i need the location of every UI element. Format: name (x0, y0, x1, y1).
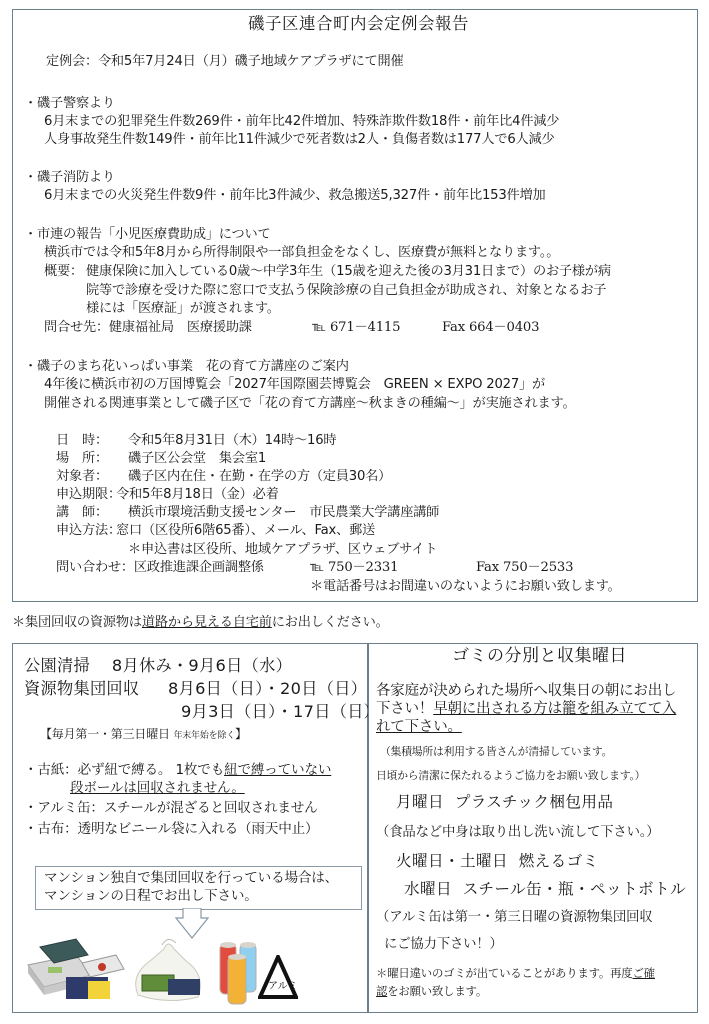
garbage-intro-2: 下さい！早朝に出される方は籠を組み立てて入 (376, 700, 676, 718)
medical-line-1: 横浜市では令和5年8月から所得制限や一部負担金をなくし、医療費が無料となります。… (44, 245, 559, 261)
detail-label-lecturer: 講 師： (56, 505, 108, 521)
schedule-monday-day: 月曜日 (396, 793, 444, 811)
inquiry-tel: ℡ 750－2331 (310, 560, 398, 576)
warning-underlined-1: ご確 (632, 966, 654, 980)
detail-value-deadline: 令和5年8月18日（金）必着 (116, 487, 279, 503)
rule-paper-underlined-1: 紐で縛っていない (224, 762, 331, 778)
detail-value-target: 磯子区内在住・在勤・在学の方（定員30名） (128, 469, 391, 485)
old-newspaper-bundle-icon (26, 935, 126, 1003)
garbage-intro-3: れて下さい。 (376, 718, 462, 736)
schedule-wednesday: 水曜日 スチール缶・瓶・ペットボトル (404, 879, 686, 899)
detail-label-datetime: 日 時： (56, 433, 108, 449)
schedule-note-close: 】 (235, 727, 247, 741)
inquiry-label: 問い合わせ：区政推進課企画調整係 (56, 560, 264, 576)
schedule-tue-sat: 火曜日・土曜日 燃えるゴミ (396, 851, 599, 871)
medical-heading: ・市連の報告「小児医療費助成」について (24, 227, 271, 243)
detail-label-deadline: 申込期限： (56, 487, 121, 503)
garbage-intro-2-prefix: 下さい！ (376, 701, 433, 717)
collection-notice: ＊集団回収の資源物は道路から見える自宅前にお出しください。 (12, 615, 389, 631)
notice-prefix: ＊集団回収の資源物は (12, 615, 142, 630)
aluminum-note-2: にご協力下さい！） (384, 937, 503, 953)
rule-cloth: ・古布：透明なビニール袋に入れる（雨天中止） (24, 821, 318, 837)
inquiry-fax: Fax 750－2533 (476, 560, 573, 576)
rule-aluminum: ・アルミ缶：スチールが混ざると回収されません (24, 800, 318, 816)
medical-overview-1: 健康保険に加入している0歳～中学3年生（15歳を迎えた後の3月31日まで）のお子… (86, 264, 611, 280)
rule-paper: ・古紙：必ず紐で縛る。 1枚でも紐で縛っていない (24, 762, 331, 778)
fire-heading: ・磯子消防より (24, 170, 115, 186)
warning-suffix: をお願い致します。 (387, 984, 487, 998)
schedule-note-main: 【毎月第一・第三日曜日 (40, 727, 170, 741)
garbage-intro-1: 各家庭が決められた場所へ収集日の朝にお出し (376, 682, 676, 700)
fire-line-1: 6月末までの火災発生件数9件・前年比3件減少、救急搬送5,327件・前年比153… (44, 188, 546, 204)
flower-line-1: 4年後に横浜市初の万国博覧会「2027年国際園芸博覧会 GREEN × EXPO… (44, 377, 545, 393)
detail-value-lecturer: 横浜市環境活動支援センター 市民農業大学講座講師 (128, 505, 439, 521)
rule-paper-prefix: ・古紙：必ず紐で縛る。 1枚でも (24, 762, 224, 778)
plastic-note: （食品など中身は取り出し洗い流して下さい。） (376, 825, 660, 841)
garbage-title: ゴミの分別と収集曜日 (452, 648, 627, 664)
flower-heading: ・磯子のまち花いっぱい事業 花の育て方講座のご案内 (24, 359, 349, 375)
medical-overview-label: 概要： (44, 264, 83, 280)
detail-value-method: 窓口（区役所6階65番）、メール、Fax、郵送 (116, 523, 375, 539)
aluminum-recycle-mark-icon: アルミ (258, 955, 298, 1001)
schedule-monday: 月曜日 プラスチック梱包用品 (396, 792, 613, 812)
phone-note: ＊電話番号はお間違いのないようにお願い致します。 (310, 579, 621, 595)
rule-paper-underlined-2: 段ボールは回収されません。 (70, 780, 245, 796)
schedule-monday-item: プラスチック梱包用品 (455, 793, 614, 811)
svg-text:アルミ: アルミ (268, 981, 298, 992)
police-line-2: 人身事故発生件数149件・前年比11件減少で死者数は2人・負傷者数は177人で6… (44, 132, 555, 148)
garbage-intro-2-underlined: 早朝に出される方は籠を組み立てて入 (433, 701, 676, 717)
detail-value-place: 磯子区公会堂 集会室1 (128, 451, 266, 467)
form-note: ＊申込書は区役所、地域ケアプラザ、区ウェブサイト (128, 542, 437, 558)
resource-dates-sep: 9月3日（日）・17日（日） (181, 702, 380, 722)
report-title: 磯子区連合町内会定例会報告 (248, 16, 469, 32)
resource-collection-label: 資源物集団回収 (24, 679, 139, 699)
detail-label-target: 対象者： (56, 469, 108, 485)
schedule-wednesday-day: 水曜日 (404, 880, 452, 898)
schedule-tue-sat-day: 火曜日・土曜日 (396, 852, 508, 870)
garbage-note-2: 日頃から清潔に保たれるようご協力をお願い致します。） (376, 768, 645, 784)
schedule-note: 【毎月第一・第三日曜日 年末年始を除く】 (40, 726, 247, 744)
warning-line-2: 認をお願い致します。 (376, 983, 487, 999)
notice-underlined: 道路から見える自宅前 (142, 615, 272, 630)
callout-line-2: マンションの日程でお出し下さい。 (44, 888, 258, 904)
meeting-info: 定例会：令和5年7月24日（月）磯子地域ケアプラザにて開催 (46, 54, 403, 70)
aluminum-note-1: （アルミ缶は第一・第三日曜の資源物集団回収 (376, 910, 652, 926)
medical-tel: ℡ 671－4115 (312, 320, 400, 336)
schedule-wednesday-item: スチール缶・瓶・ペットボトル (463, 880, 686, 898)
schedule-tue-sat-item: 燃えるゴミ (519, 852, 599, 870)
park-cleaning: 公園清掃 8月休み・9月6日（水） (24, 656, 292, 676)
notice-suffix: にお出しください。 (272, 615, 389, 630)
warning-underlined-2: 認 (376, 984, 387, 998)
flower-line-2: 開催される関連事業として磯子区で「花の育て方講座～秋まきの種編～」が実施されます… (44, 396, 575, 412)
medical-contact: 問合せ先：健康福祉局 医療援助課 (44, 320, 252, 336)
detail-label-place: 場 所： (56, 451, 108, 467)
medical-fax: Fax 664－0403 (442, 320, 539, 336)
police-line-1: 6月末までの犯罪発生件数269件・前年比42件増加、特殊詐欺件数18件・前年比4… (44, 114, 559, 130)
callout-line-1: マンション独自で集団回収を行っている場合は、 (44, 870, 338, 886)
detail-value-datetime: 令和5年8月31日（木）14時～16時 (128, 433, 336, 449)
schedule-note-small: 年末年始を除く (173, 731, 235, 741)
police-heading: ・磯子警察より (24, 96, 115, 112)
garbage-note-1: （集積場所は利用する皆さんが清掃しています。 (380, 744, 612, 760)
cloth-bag-icon (128, 935, 208, 1005)
warning-prefix: ＊曜日違いのゴミが出ていることがあります。再度 (376, 966, 632, 980)
detail-label-method: 申込方法： (56, 523, 121, 539)
resource-dates-aug: 8月6日（日）・20日（日） (168, 679, 367, 699)
medical-overview-3: 様には「医療証」が渡されます。 (86, 301, 280, 317)
warning-line-1: ＊曜日違いのゴミが出ていることがあります。再度ご確 (376, 965, 655, 981)
medical-overview-2: 院等で診療を受けた際に窓口で支払う保険診療の自己負担金が助成され、対象となるお子 (86, 283, 606, 299)
